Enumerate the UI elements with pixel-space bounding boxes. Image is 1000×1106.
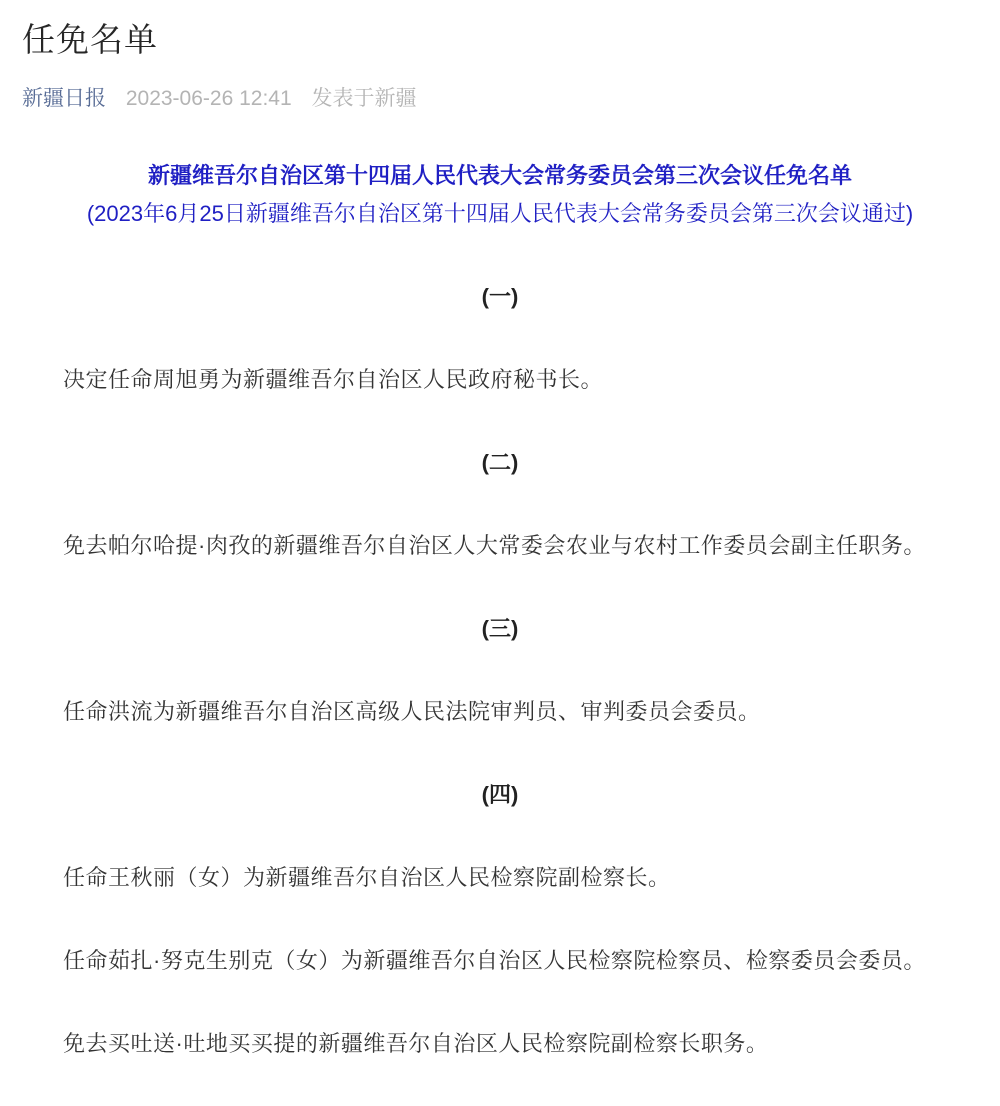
document-subtitle: (2023年6月25日新疆维吾尔自治区第十四届人民代表大会常务委员会第三次会议通… (63, 199, 937, 228)
paragraph: 免去买吐送·吐地买买提的新疆维吾尔自治区人民检察院副检察长职务。 (63, 1029, 937, 1058)
byline: 新疆日报 2023-06-26 12:41 发表于新疆 (22, 86, 978, 112)
paragraph: 任命茹扎·努克生别克（女）为新疆维吾尔自治区人民检察院检察员、检察委员会委员。 (63, 946, 937, 975)
section-marker-2: (二) (63, 448, 937, 477)
section-marker-1: (一) (63, 282, 937, 311)
publish-timestamp: 2023-06-26 12:41 (126, 87, 292, 110)
page-title: 任免名单 (22, 20, 978, 60)
paragraph: 任命洪流为新疆维吾尔自治区高级人民法院审判员、审判委员会委员。 (63, 697, 937, 726)
article-page: 任免名单 新疆日报 2023-06-26 12:41 发表于新疆 新疆维吾尔自治… (0, 0, 1000, 1106)
document-headline: 新疆维吾尔自治区第十四届人民代表大会常务委员会第三次会议任免名单 (63, 161, 937, 191)
paragraph: 免去帕尔哈提·肉孜的新疆维吾尔自治区人大常委会农业与农村工作委员会副主任职务。 (63, 531, 937, 560)
paragraph: 任命王秋丽（女）为新疆维吾尔自治区人民检察院副检察长。 (63, 863, 937, 892)
paragraph: 决定任命周旭勇为新疆维吾尔自治区人民政府秘书长。 (63, 365, 937, 394)
section-marker-3: (三) (63, 614, 937, 643)
section-marker-4: (四) (63, 780, 937, 809)
article-content: 新疆维吾尔自治区第十四届人民代表大会常务委员会第三次会议任免名单 (2023年6… (22, 161, 978, 1058)
publish-location: 发表于新疆 (312, 87, 417, 110)
account-link[interactable]: 新疆日报 (22, 87, 106, 110)
